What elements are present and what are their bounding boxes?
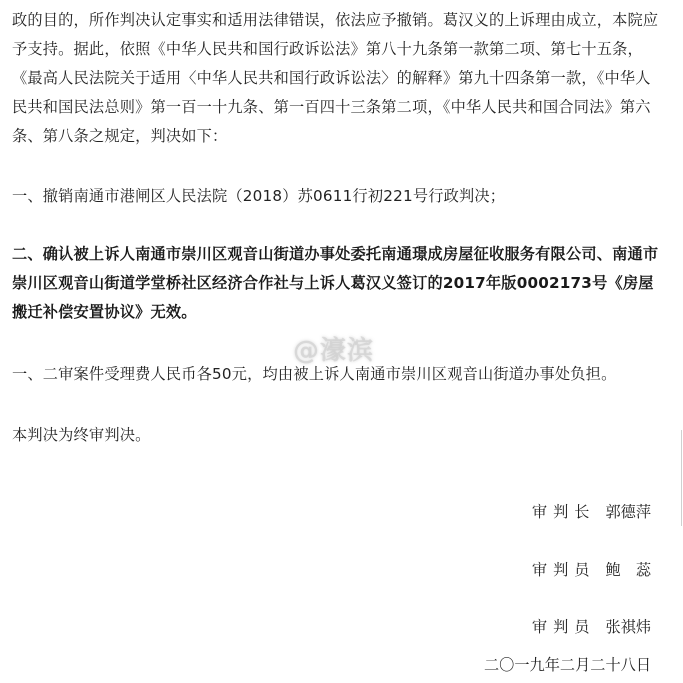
- signature-presiding-judge: 审判长郭德萍: [522, 482, 651, 522]
- signature-name: 张祺炜: [605, 618, 651, 636]
- signature-judge-1: 审判员鲍 蕊: [522, 540, 651, 580]
- reasoning-paragraph: 政的目的，所作判决认定事实和适用法律错误，依法应予撤销。葛汉义的上诉理由成立，本…: [12, 6, 662, 151]
- final-judgment-statement: 本判决为终审判决。: [12, 421, 662, 450]
- judgment-date: 二〇一九年二月二十八日: [484, 655, 651, 675]
- judgment-item-revoke: 一、撤销南通市港闸区人民法院（2018）苏0611行初221号行政判决；: [12, 182, 662, 211]
- judgment-item-court-fees: 一、二审案件受理费人民币各50元，均由被上诉人南通市崇川区观音山街道办事处负担。: [12, 360, 662, 389]
- signature-name: 鲍 蕊: [605, 561, 651, 579]
- signature-judge-2: 审判员张祺炜: [522, 597, 651, 637]
- signature-role: 审判长: [532, 503, 596, 521]
- signature-role: 审判员: [532, 561, 596, 579]
- signature-name: 郭德萍: [605, 503, 651, 521]
- scrollbar-thumb[interactable]: [681, 430, 682, 526]
- signature-role: 审判员: [532, 618, 596, 636]
- judgment-item-invalid-agreement: 二、确认被上诉人南通市崇川区观音山街道办事处委托南通璟成房屋征收服务有限公司、南…: [12, 240, 662, 327]
- judgment-document: 政的目的，所作判决认定事实和适用法律错误，依法应予撤销。葛汉义的上诉理由成立，本…: [12, 6, 662, 450]
